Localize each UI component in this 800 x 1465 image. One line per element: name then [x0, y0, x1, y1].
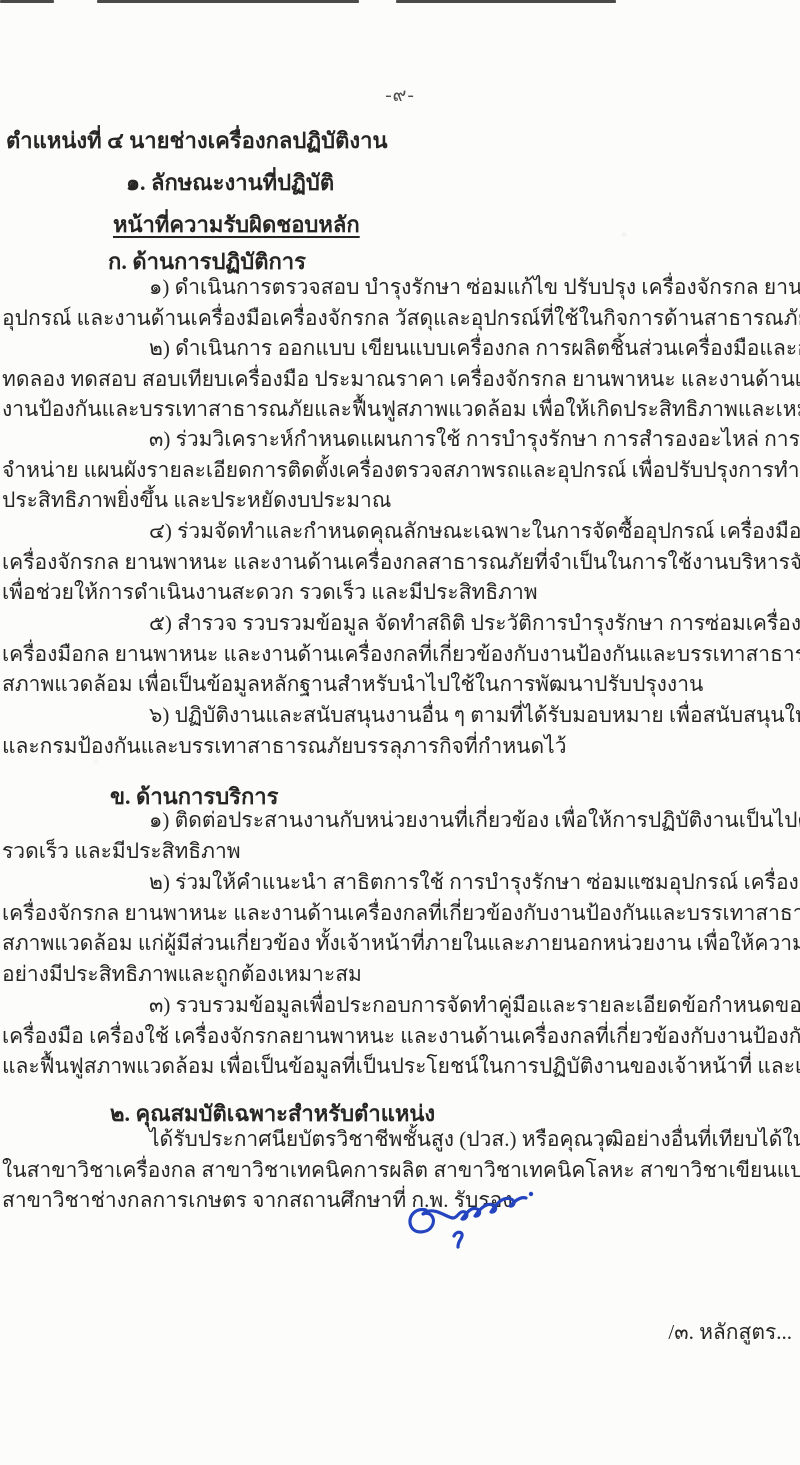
text-line: และกรมป้องกันและบรรเทาสาธารณภัยบรรลุภารก…	[2, 731, 798, 762]
text-line: ๓) รวบรวมข้อมูลเพื่อประกอบการจัดทำคู่มือ…	[2, 990, 798, 1021]
text-line: งานป้องกันและบรรเทาสาธารณภัยและฟื้นฟูสภา…	[2, 394, 798, 425]
text-line: เครื่องมือ เครื่องใช้ เครื่องจักรกลยานพา…	[2, 1021, 798, 1052]
text-line: ประสิทธิภาพยิ่งขึ้น และประหยัดงบประมาณ	[2, 485, 798, 516]
scan-edge-artifact	[396, 0, 616, 3]
paragraph-a4: ๔) ร่วมจัดทำและกำหนดคุณลักษณะเฉพาะในการจ…	[2, 516, 798, 608]
handwritten-signature	[402, 1188, 544, 1260]
continuation-note: /๓. หลักสูตร...	[668, 1316, 792, 1349]
text-line: เครื่องจักรกล ยานพาหนะ และงานด้านเครื่อง…	[2, 898, 798, 929]
text-line: อย่างมีประสิทธิภาพและถูกต้องเหมาะสม	[2, 959, 798, 990]
scan-edge-artifact	[97, 0, 359, 3]
section-1-heading: ๑. ลักษณะงานที่ปฏิบัติ	[126, 165, 334, 200]
document-page: -๙- ตำแหน่งที่ ๔ นายช่างเครื่องกลปฏิบัติ…	[0, 0, 800, 1465]
text-line: จำหน่าย แผนผังรายละเอียดการติดตั้งเครื่อ…	[2, 455, 798, 486]
paragraph-b2: ๒) ร่วมให้คำแนะนำ สาธิตการใช้ การบำรุงรั…	[2, 867, 798, 989]
paragraph-b1: ๑) ติดต่อประสานงานกับหน่วยงานที่เกี่ยวข้…	[2, 805, 798, 866]
position-title: ตำแหน่งที่ ๔ นายช่างเครื่องกลปฏิบัติงาน	[6, 123, 388, 158]
text-line: เครื่องจักรกล ยานพาหนะ และงานด้านเครื่อง…	[2, 547, 798, 578]
paragraph-a3: ๓) ร่วมวิเคราะห์กำหนดแผนการใช้ การบำรุงร…	[2, 424, 798, 516]
paragraph-b3: ๓) รวบรวมข้อมูลเพื่อประกอบการจัดทำคู่มือ…	[2, 990, 798, 1082]
page-number: -๙-	[0, 80, 800, 110]
text-line: ในสาขาวิชาเครื่องกล สาขาวิชาเทคนิคการผลิ…	[2, 1155, 798, 1186]
paragraph-a5: ๕) สำรวจ รวบรวมข้อมูล จัดทำสถิติ ประวัติ…	[2, 608, 798, 700]
text-line: ๒) ดำเนินการ ออกแบบ เขียนแบบเครื่องกล กา…	[2, 333, 798, 364]
text-line: เครื่องมือกล ยานพาหนะ และงานด้านเครื่องก…	[2, 639, 798, 670]
text-line: ๑) ดำเนินการตรวจสอบ บำรุงรักษา ซ่อมแก้ไข…	[2, 272, 798, 303]
duties-subheading: หน้าที่ความรับผิดชอบหลัก	[113, 207, 360, 242]
paragraph-a1: ๑) ดำเนินการตรวจสอบ บำรุงรักษา ซ่อมแก้ไข…	[2, 272, 798, 333]
text-line: ๖) ปฏิบัติงานและสนับสนุนงานอื่น ๆ ตามที่…	[2, 700, 798, 731]
text-line: ทดลอง ทดสอบ สอบเทียบเครื่องมือ ประมาณราค…	[2, 364, 798, 395]
text-line: และฟื้นฟูสภาพแวดล้อม เพื่อเป็นข้อมูลที่เ…	[2, 1051, 798, 1082]
text-line: ๕) สำรวจ รวบรวมข้อมูล จัดทำสถิติ ประวัติ…	[2, 608, 798, 639]
text-line: รวดเร็ว และมีประสิทธิภาพ	[2, 836, 798, 867]
text-line: ๑) ติดต่อประสานงานกับหน่วยงานที่เกี่ยวข้…	[2, 805, 798, 836]
text-line: เพื่อช่วยให้การดำเนินงานสะดวก รวดเร็ว แล…	[2, 577, 798, 608]
scan-edge-artifact	[0, 0, 54, 3]
qualification-paragraph: ได้รับประกาศนียบัตรวิชาชีพชั้นสูง (ปวส.)…	[2, 1124, 798, 1216]
text-line: สภาพแวดล้อม เพื่อเป็นข้อมูลหลักฐานสำหรับ…	[2, 669, 798, 700]
text-line: สาขาวิชาช่างกลการเกษตร จากสถานศึกษาที่ ก…	[2, 1185, 798, 1216]
text-line: ๓) ร่วมวิเคราะห์กำหนดแผนการใช้ การบำรุงร…	[2, 424, 798, 455]
text-line: สภาพแวดล้อม แก่ผู้มีส่วนเกี่ยวข้อง ทั้งเ…	[2, 928, 798, 959]
text-line: ๔) ร่วมจัดทำและกำหนดคุณลักษณะเฉพาะในการจ…	[2, 516, 798, 547]
text-line: อุปกรณ์ และงานด้านเครื่องมือเครื่องจักรก…	[2, 303, 798, 334]
paragraph-a6: ๖) ปฏิบัติงานและสนับสนุนงานอื่น ๆ ตามที่…	[2, 700, 798, 761]
paragraph-a2: ๒) ดำเนินการ ออกแบบ เขียนแบบเครื่องกล กา…	[2, 333, 798, 425]
text-line: ได้รับประกาศนียบัตรวิชาชีพชั้นสูง (ปวส.)…	[2, 1124, 798, 1155]
text-line: ๒) ร่วมให้คำแนะนำ สาธิตการใช้ การบำรุงรั…	[2, 867, 798, 898]
